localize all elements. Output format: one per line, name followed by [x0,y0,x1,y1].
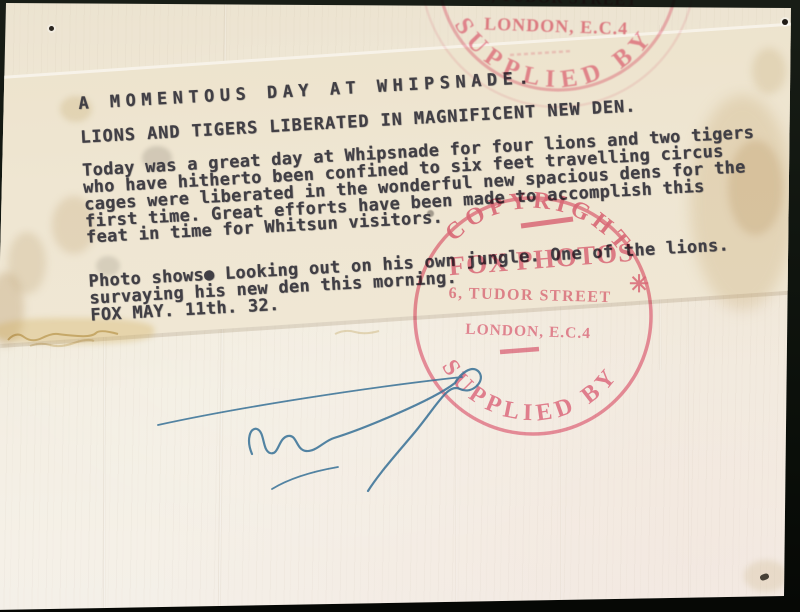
top-address-stamp: 6, TUDOR STREET LONDON, E.C.4 SUPPLIED B… [421,0,695,107]
stamp-asterisk: ✳ [629,272,649,298]
stamp-bar [500,349,539,352]
stamp-dash [510,51,572,55]
signature-long-stroke [158,377,462,425]
stamp-street-text: 6, TUDOR STREET [482,0,638,10]
stamp-bar [521,219,573,226]
stamp-street-text: 6, TUDOR STREET [448,285,612,306]
signature [158,369,481,491]
signature-flourish [272,467,338,489]
yellow-scribble [8,331,379,346]
stamp-city-text: LONDON, E.C.4 [465,321,591,342]
fox-photos-copyright-stamp: COPYRIGHT FOX PHOTOS 6, TUDOR STREET LON… [415,188,651,434]
ink-overlay: 6, TUDOR STREET LONDON, E.C.4 SUPPLIED B… [0,0,800,612]
signature-scrawl [249,369,481,491]
stamp-city-text: LONDON, E.C.4 [484,13,629,38]
scanned-photo-verso: A MOMENTOUS DAY AT WHIPSNADE. LIONS AND … [0,0,800,612]
stamp-agency-text: FOX PHOTOS [448,237,636,281]
